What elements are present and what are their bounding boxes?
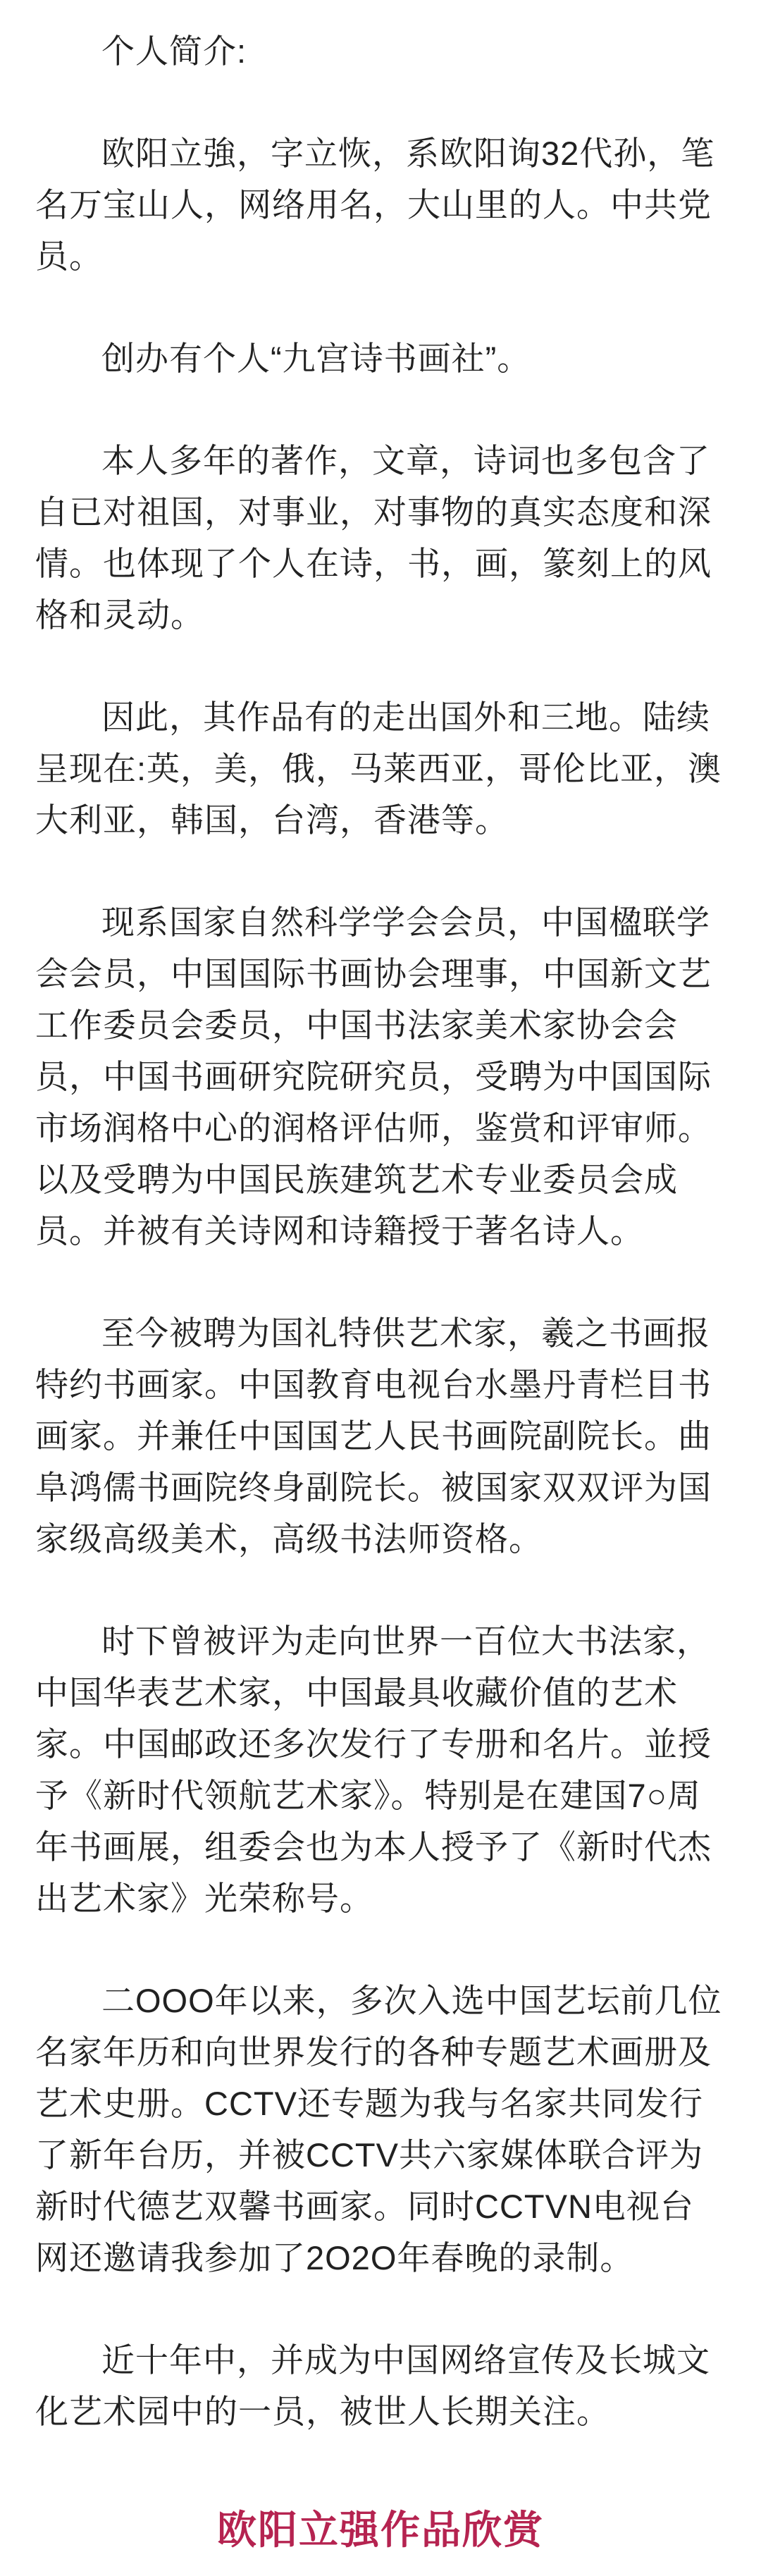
bio-paragraph: 欧阳立強，字立恢，系欧阳询32代孙，笔名万宝山人，网络用名，大山里的人。中共党员… [35,128,726,282]
bio-paragraph: 现系国家自然科学学会会员，中国楹联学会会员，中国国际书画协会理事，中国新文艺工作… [35,896,726,1257]
bio-paragraph: 近十年中，并成为中国网络宣传及长城文化艺术园中的一员，被世人长期关注。 [35,2334,726,2437]
bio-paragraph: 因此，其作品有的走出国外和三地。陆续呈现在:英，美，俄，马莱西亚，哥伦比亚，澳大… [35,691,726,846]
works-appreciation-heading: 欧阳立强作品欣赏 [35,2502,726,2558]
intro-label-paragraph: 个人简介: [35,25,726,77]
article-body: 个人简介: 欧阳立強，字立恢，系欧阳询32代孙，笔名万宝山人，网络用名，大山里的… [0,0,761,2572]
bio-paragraph: 二OOO年以来，多次入选中国艺坛前几位名家年历和向世界发行的各种专题艺术画册及艺… [35,1975,726,2284]
bio-paragraph: 本人多年的著作，文章，诗词也多包含了自已对祖国，对事业，对事物的真实态度和深情。… [35,435,726,641]
bio-paragraph: 时下曾被评为走向世界一百位大书法家，中国华表艺术家，中国最具收藏价值的艺术家。中… [35,1615,726,1924]
bio-paragraph: 创办有个人“九宫诗书画社”。 [35,333,726,384]
bio-paragraph: 至今被聘为国礼特供艺术家，羲之书画报特约书画家。中国教育电视台水墨丹青栏目书画家… [35,1307,726,1565]
